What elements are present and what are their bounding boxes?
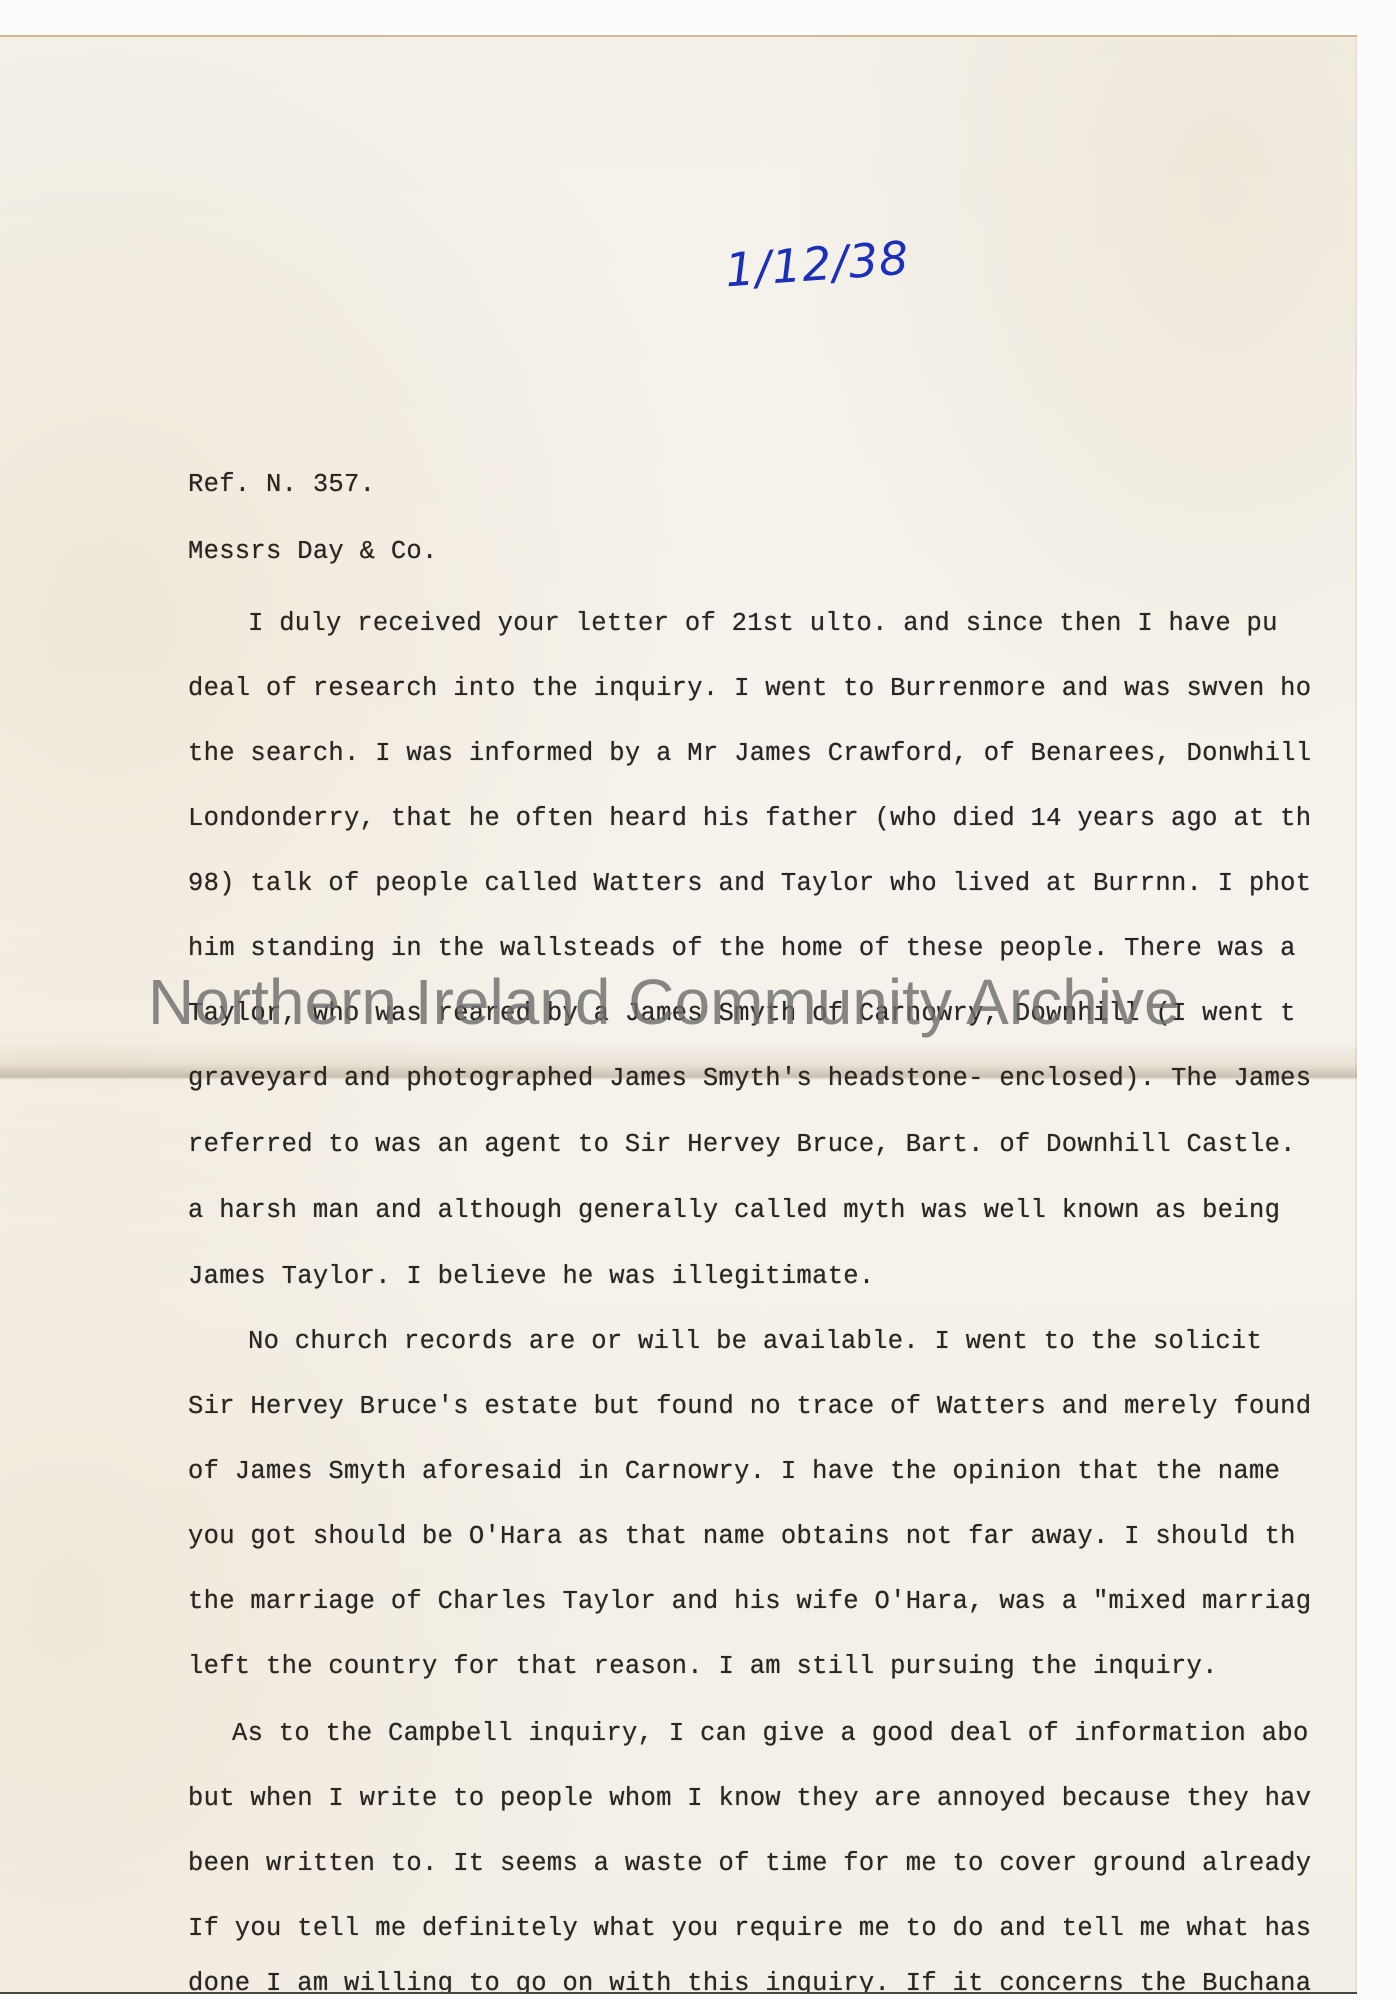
- body-line: him standing in the wallsteads of the ho…: [188, 934, 1296, 963]
- body-line: graveyard and photographed James Smyth's…: [188, 1064, 1311, 1093]
- body-line: If you tell me definitely what you requi…: [188, 1914, 1311, 1943]
- body-line: James Taylor. I believe he was illegitim…: [188, 1262, 875, 1291]
- reference-line: Ref. N. 357.: [188, 470, 375, 499]
- typewritten-letter-page: 1/12/38 Ref. N. 357. Messrs Day & Co. I …: [0, 35, 1357, 1994]
- body-line: Londonderry, that he often heard his fat…: [188, 804, 1311, 833]
- body-line: left the country for that reason. I am s…: [188, 1652, 1218, 1681]
- body-line: referred to was an agent to Sir Hervey B…: [188, 1130, 1296, 1159]
- body-line: Sir Hervey Bruce's estate but found no t…: [188, 1392, 1311, 1421]
- body-line: As to the Campbell inquiry, I can give a…: [232, 1719, 1309, 1748]
- body-line: the marriage of Charles Taylor and his w…: [188, 1587, 1311, 1616]
- body-line: the search. I was informed by a Mr James…: [188, 739, 1311, 768]
- body-line: No church records are or will be availab…: [248, 1327, 1262, 1356]
- body-line: 98) talk of people called Watters and Ta…: [188, 869, 1311, 898]
- body-line: Taylor, who was reared by a James Smyth …: [188, 999, 1296, 1028]
- body-line: been written to. It seems a waste of tim…: [188, 1849, 1311, 1878]
- addressee-line: Messrs Day & Co.: [188, 537, 438, 566]
- body-line: done I am willing to go on with this inq…: [188, 1969, 1311, 1994]
- body-line: of James Smyth aforesaid in Carnowry. I …: [188, 1457, 1280, 1486]
- handwritten-date: 1/12/38: [723, 231, 911, 298]
- body-line: you got should be O'Hara as that name ob…: [188, 1522, 1296, 1551]
- body-line: a harsh man and although generally calle…: [188, 1196, 1280, 1225]
- scanned-document: 1/12/38 Ref. N. 357. Messrs Day & Co. I …: [0, 0, 1396, 2000]
- body-line: I duly received your letter of 21st ulto…: [248, 609, 1278, 638]
- body-line: but when I write to people whom I know t…: [188, 1784, 1311, 1813]
- body-line: deal of research into the inquiry. I wen…: [188, 674, 1311, 703]
